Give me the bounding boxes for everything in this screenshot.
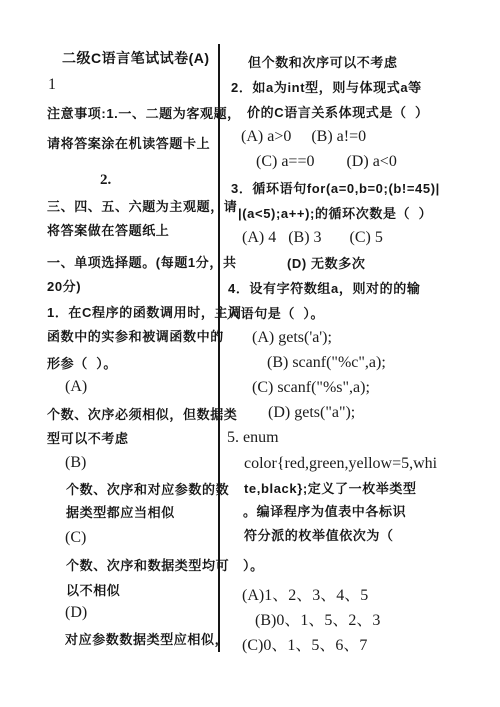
text-line: (A)1、2、3、4、5 — [242, 582, 368, 605]
text-line: 符分派的枚举值依次为（ — [244, 525, 394, 544]
text-line: (A) 4 (B) 3 (C) 5 — [242, 229, 383, 247]
right-column: 但个数和次序可以不考虑2．如a为int型，则与体现式a等价的C语言关系体现式是（… — [0, 0, 500, 707]
text-line: (B) scanf("%c",a); — [267, 354, 386, 372]
text-line: 5. enum — [227, 429, 279, 447]
text-line: (A) gets('a'); — [252, 329, 332, 347]
text-line: 2．如a为int型，则与体现式a等 — [231, 77, 422, 96]
text-line: 4．设有字符数组a，则对的的输 — [228, 278, 420, 297]
text-line: 。编译程序为值表中各标识 — [243, 501, 406, 520]
text-line: ）。 — [243, 555, 264, 574]
text-line: 入语句是（ ）。 — [227, 303, 324, 322]
text-line: 3．循环语句for(a=0,b=0;(b!=45)| — [231, 178, 440, 197]
text-line: color{red,green,yellow=5,whi — [244, 455, 437, 473]
text-line: (D) gets("a"); — [268, 404, 355, 422]
text-line: (D) 无数多次 — [287, 253, 365, 272]
text-line: te,black};定义了一枚举类型 — [244, 478, 417, 497]
text-line: |(a<5);a++);的循环次数是（ ） — [238, 203, 432, 222]
text-line: (C) a==0 (D) a<0 — [256, 153, 397, 171]
text-line: (A) a>0 (B) a!=0 — [241, 128, 366, 146]
text-line: (C) scanf("%s",a); — [252, 379, 370, 397]
text-line: (B)0、1、5、2、3 — [255, 607, 380, 630]
text-line: 价的C语言关系体现式是（ ） — [247, 102, 429, 121]
text-line: (C)0、1、5、6、7 — [242, 632, 367, 655]
exam-paper-page: 二级C语言笔试试卷(A) 1注意事项:1.一、二题为客观题，请将答案涂在机读答题… — [0, 0, 500, 707]
text-line: 但个数和次序可以不考虑 — [248, 52, 398, 71]
